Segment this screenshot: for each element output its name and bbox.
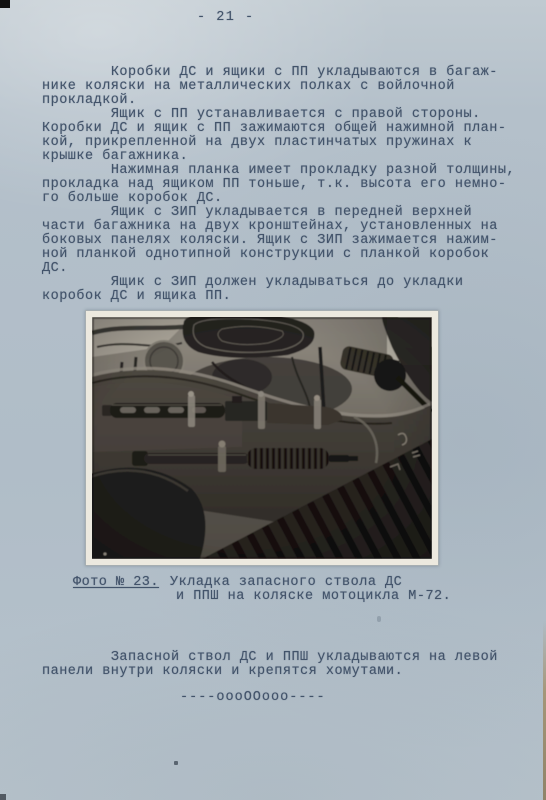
paragraph: Коробки ДС и ящики с ПП укладываются в б… xyxy=(42,66,538,108)
photo-frame xyxy=(85,310,439,566)
caption-text-line1: Укладка запасного ствола ДС xyxy=(170,575,402,590)
caption-text-line2: и ППШ на коляске мотоцикла М-72. xyxy=(73,590,451,604)
scan-artifact-speck xyxy=(174,761,178,765)
photo-caption: Фото № 23.Укладка запасного ствола ДС и … xyxy=(73,572,451,604)
end-divider: ----оооООооо---- xyxy=(180,691,326,705)
scan-artifact-corner-bottom-left xyxy=(0,794,6,800)
scanned-document-page: - 21 - Коробки ДС и ящики с ПП укладываю… xyxy=(0,0,546,800)
paragraph: Ящик с ЗИП должен укладываться до укладк… xyxy=(42,276,538,304)
paragraph: Ящик с ЗИП укладывается в передней верхн… xyxy=(42,206,538,276)
scan-artifact-speck xyxy=(377,616,381,622)
paragraph: Нажимная планка имеет прокладку разной т… xyxy=(42,164,538,206)
photo-sidecar-stowage xyxy=(92,317,432,559)
body-text: Коробки ДС и ящики с ПП укладываются в б… xyxy=(42,66,538,304)
paragraph: Ящик с ПП устанавливается с правой сторо… xyxy=(42,108,538,164)
closing-paragraph: Запасной ствол ДС и ППШ укладываются на … xyxy=(42,651,538,679)
page-number: - 21 - xyxy=(197,11,255,25)
caption-number: Фото № 23. xyxy=(73,575,159,590)
scan-artifact-corner-top-left xyxy=(0,0,10,8)
